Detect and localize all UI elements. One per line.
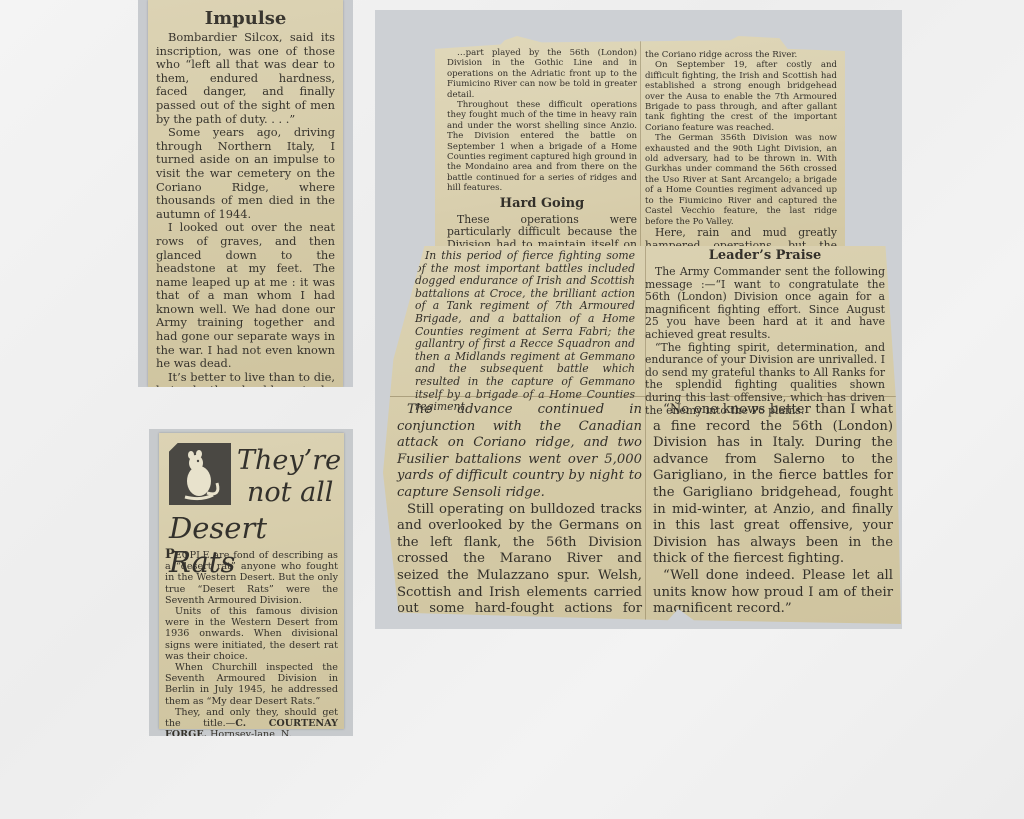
rats-address: Hornsey-lane, N. bbox=[210, 729, 292, 736]
desert-rats-header: They’re not all Desert Rats bbox=[165, 437, 338, 549]
impulse-paragraph: It’s better to live than to die, but dea… bbox=[156, 371, 335, 387]
article-column-bottom-right: “No one knows better than I what a fine … bbox=[653, 402, 893, 618]
impulse-paragraph: Some years ago, driving through Northern… bbox=[156, 126, 335, 221]
rats-paragraph: They, and only they, should get the titl… bbox=[165, 707, 338, 736]
column-rule bbox=[645, 246, 646, 624]
article-column-mid-right: Leader’s Praise The Army Commander sent … bbox=[645, 246, 885, 417]
impulse-title: Impulse bbox=[156, 8, 335, 29]
article-column-bottom-left: The advance continued in conjunction wit… bbox=[397, 402, 642, 629]
hard-going-heading: Hard Going bbox=[447, 196, 637, 211]
desert-rats-clipping: They’re not all Desert Rats PEOPLE are f… bbox=[159, 433, 344, 729]
rats-title-line3: Desert Rats bbox=[169, 511, 338, 579]
article-bottom-fold: In this period of fierce fighting some o… bbox=[383, 246, 901, 624]
article-top-fold: …part played by the 56th (London) Divisi… bbox=[435, 36, 845, 250]
impulse-clipping: Impulse Bombardier Silcox, said its insc… bbox=[148, 0, 343, 387]
photo-impulse-clipping: Impulse Bombardier Silcox, said its insc… bbox=[138, 0, 353, 387]
impulse-paragraph: Bombardier Silcox, said its inscription,… bbox=[156, 31, 335, 126]
impulse-paragraph: I looked out over the neat rows of grave… bbox=[156, 221, 335, 371]
rats-paragraph: Units of this famous division were in th… bbox=[165, 606, 338, 662]
photo-main-article-clipping: …part played by the 56th (London) Divisi… bbox=[375, 10, 902, 629]
rats-title-line2: not all bbox=[247, 477, 333, 508]
desert-rat-icon bbox=[169, 443, 231, 505]
rats-paragraph: When Churchill inspected the Seventh Arm… bbox=[165, 662, 338, 707]
rats-title-line1: They’re bbox=[237, 445, 341, 476]
article-column-mid-left: In this period of fierce fighting some o… bbox=[415, 250, 635, 414]
leaders-praise-heading: Leader’s Praise bbox=[645, 248, 885, 263]
fold-crease bbox=[383, 396, 901, 397]
photo-desert-rats-clipping: They’re not all Desert Rats PEOPLE are f… bbox=[149, 429, 353, 736]
column-rule bbox=[640, 36, 641, 250]
